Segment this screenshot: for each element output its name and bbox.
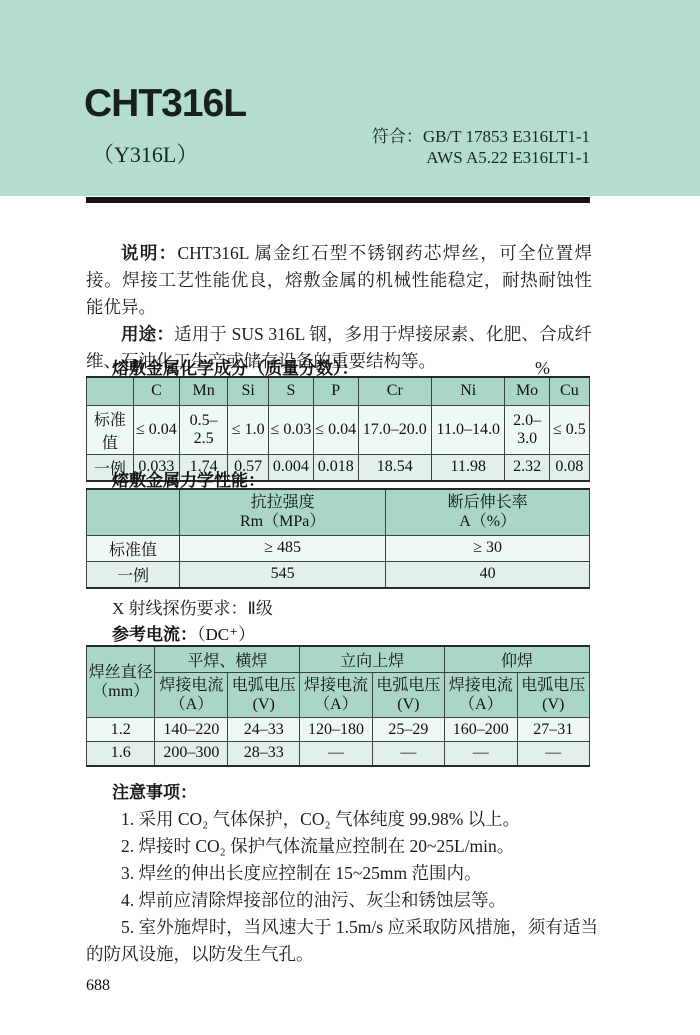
arc-voltage-label: 电弧电压 (373, 676, 444, 695)
row-label: 标准值 (87, 535, 180, 561)
subheader-welding-current: 焊接电流 （A） (445, 673, 517, 718)
note-item-3: 3. 焊丝的伸出长度应控制在 15~25mm 范围内。 (86, 860, 598, 887)
row-label: 一例 (87, 561, 180, 588)
notes-section: 注意事项： 1. 采用 CO₂ 气体保护，CO₂ 气体纯度 99.98% 以上。… (86, 778, 598, 968)
note-item-5: 5. 室外施焊时，当风速大于 1.5m/s 应采取防风措施，须有适当的防风设施，… (86, 914, 598, 968)
current-group-header-row: 焊丝直径 （mm） 平焊、横焊 立向上焊 仰焊 (87, 646, 590, 673)
group-overhead: 仰焊 (445, 646, 590, 673)
subheader-welding-current: 焊接电流 （A） (300, 673, 372, 718)
description-paragraph: 说明：CHT316L 属金红石型不锈钢药芯焊丝，可全位置焊接。焊接工艺性能优良，… (86, 240, 592, 321)
row-label: 1.6 (87, 742, 155, 766)
chemical-col-s: S (269, 377, 314, 405)
current-title-text: 参考电流： (112, 625, 197, 644)
welding-current-label: 焊接电流 (300, 676, 371, 695)
chemical-corner-cell (87, 377, 134, 405)
cell-value: ≤ 0.03 (269, 405, 314, 454)
page-number: 688 (86, 977, 110, 995)
subheader-arc-voltage: 电弧电压 (V) (372, 673, 444, 718)
subheader-arc-voltage: 电弧电压 (V) (517, 673, 589, 718)
chemical-col-cr: Cr (358, 377, 431, 405)
welding-current-unit: （A） (445, 695, 516, 714)
arc-voltage-label: 电弧电压 (518, 676, 589, 695)
cell-value: ≤ 0.5 (549, 405, 589, 454)
cell-value: 24–33 (228, 718, 300, 742)
cell-value: — (517, 742, 589, 766)
welding-current-unit: （A） (300, 695, 371, 714)
chemical-col-mn: Mn (180, 377, 228, 405)
wire-diameter-label: 焊丝直径 (87, 663, 154, 682)
cell-value: ≤ 0.04 (133, 405, 179, 454)
arc-voltage-unit: (V) (373, 695, 444, 714)
note-item-4: 4. 焊前应清除焊接部位的油污、灰尘和锈蚀层等。 (86, 887, 598, 914)
current-polarity: （DC⁺） (197, 625, 255, 644)
wire-diameter-unit: （mm） (87, 682, 154, 701)
welding-current-label: 焊接电流 (445, 676, 516, 695)
cell-value: 25–29 (372, 718, 444, 742)
cell-value: — (300, 742, 372, 766)
arc-voltage-label: 电弧电压 (228, 676, 299, 695)
mechanical-col-tensile: 抗拉强度 Rm（MPa） (180, 489, 386, 535)
chemical-col-si: Si (228, 377, 269, 405)
product-model-title: CHT316L (84, 82, 246, 126)
compliance-standard-aws: AWS A5.22 E316LT1-1 (426, 148, 590, 167)
cell-value: 0.018 (313, 454, 358, 481)
chemical-standard-row: 标准值 ≤ 0.04 0.5–2.5 ≤ 1.0 ≤ 0.03 ≤ 0.04 1… (87, 405, 590, 454)
row-label: 1.2 (87, 718, 155, 742)
arc-voltage-unit: (V) (518, 695, 589, 714)
cell-value: 11.0–14.0 (432, 405, 505, 454)
cell-value: ≥ 485 (180, 535, 386, 561)
chemical-col-c: C (133, 377, 179, 405)
subheader-arc-voltage: 电弧电压 (V) (228, 673, 300, 718)
header-divider-rule (86, 197, 590, 203)
compliance-standards: 符合：GB/T 17853 E316LT1-1 AWS A5.22 E316LT… (372, 126, 590, 168)
mechanical-col-elongation: 断后伸长率 A（%） (386, 489, 590, 535)
current-section-title: 参考电流：（DC⁺） (86, 620, 255, 645)
cell-value: 0.08 (549, 454, 589, 481)
arc-voltage-unit: (V) (228, 695, 299, 714)
wire-diameter-header: 焊丝直径 （mm） (87, 646, 155, 718)
description-label: 说明： (121, 243, 177, 263)
product-alias: （Y316L） (92, 138, 198, 169)
xray-requirement-note: X 射线探伤要求：Ⅱ级 (86, 594, 273, 619)
compliance-line-1: 符合：GB/T 17853 E316LT1-1 (372, 126, 590, 147)
cell-value: 120–180 (300, 718, 372, 742)
compliance-standard-gbt: GB/T 17853 E316LT1-1 (423, 127, 590, 146)
compliance-label: 符合： (372, 127, 423, 146)
group-flat-horizontal: 平焊、横焊 (155, 646, 300, 673)
cell-value: ≤ 0.04 (313, 405, 358, 454)
elongation-label: 断后伸长率 (386, 493, 589, 512)
tensile-label: 抗拉强度 (180, 493, 385, 512)
header-band: CHT316L （Y316L） 符合：GB/T 17853 E316LT1-1 … (0, 0, 700, 196)
reference-current-table: 焊丝直径 （mm） 平焊、横焊 立向上焊 仰焊 焊接电流 （A） 电弧电压 (V… (86, 645, 590, 767)
note-item-2: 2. 焊接时 CO₂ 保护气体流量应控制在 20~25L/min。 (86, 833, 598, 860)
group-vertical-up: 立向上焊 (300, 646, 445, 673)
cell-value: 11.98 (432, 454, 505, 481)
row-label: 标准值 (87, 405, 134, 454)
cell-value: 2.32 (505, 454, 549, 481)
chemical-col-mo: Mo (505, 377, 549, 405)
subheader-welding-current: 焊接电流 （A） (155, 673, 228, 718)
cell-value: ≥ 30 (386, 535, 590, 561)
mechanical-properties-table: 抗拉强度 Rm（MPa） 断后伸长率 A（%） 标准值 ≥ 485 ≥ 30 一… (86, 488, 590, 589)
usage-label: 用途： (121, 324, 174, 344)
chemical-col-p: P (313, 377, 358, 405)
current-row-1-2: 1.2 140–220 24–33 120–180 25–29 160–200 … (87, 718, 590, 742)
cell-value: — (372, 742, 444, 766)
datasheet-page: { "colors": { "header_band": "#b4ddd2", … (0, 0, 700, 1035)
tensile-symbol: Rm（MPa） (180, 512, 385, 531)
cell-value: 545 (180, 561, 386, 588)
cell-value: 17.0–20.0 (358, 405, 431, 454)
cell-value: 200–300 (155, 742, 228, 766)
cell-value: 27–31 (517, 718, 589, 742)
chemical-col-ni: Ni (432, 377, 505, 405)
mechanical-header-row: 抗拉强度 Rm（MPa） 断后伸长率 A（%） (87, 489, 590, 535)
compliance-line-2: AWS A5.22 E316LT1-1 (372, 147, 590, 168)
current-row-1-6: 1.6 200–300 28–33 — — — — (87, 742, 590, 766)
cell-value: 160–200 (445, 718, 517, 742)
mechanical-corner-cell (87, 489, 180, 535)
cell-value: ≤ 1.0 (228, 405, 269, 454)
cell-value: 140–220 (155, 718, 228, 742)
cell-value: 0.5–2.5 (180, 405, 228, 454)
cell-value: 0.004 (269, 454, 314, 481)
chemical-col-cu: Cu (549, 377, 589, 405)
cell-value: 40 (386, 561, 590, 588)
current-sub-header-row: 焊接电流 （A） 电弧电压 (V) 焊接电流 （A） 电弧电压 (V) 焊接电流… (87, 673, 590, 718)
welding-current-unit: （A） (155, 695, 227, 714)
chemical-header-row: C Mn Si S P Cr Ni Mo Cu (87, 377, 590, 405)
cell-value: 28–33 (228, 742, 300, 766)
cell-value: — (445, 742, 517, 766)
note-item-1: 1. 采用 CO₂ 气体保护，CO₂ 气体纯度 99.98% 以上。 (86, 806, 598, 833)
cell-value: 18.54 (358, 454, 431, 481)
mechanical-example-row: 一例 545 40 (87, 561, 590, 588)
notes-title: 注意事项： (112, 778, 598, 803)
elongation-symbol: A（%） (386, 512, 589, 531)
mechanical-standard-row: 标准值 ≥ 485 ≥ 30 (87, 535, 590, 561)
welding-current-label: 焊接电流 (155, 676, 227, 695)
cell-value: 2.0–3.0 (505, 405, 549, 454)
